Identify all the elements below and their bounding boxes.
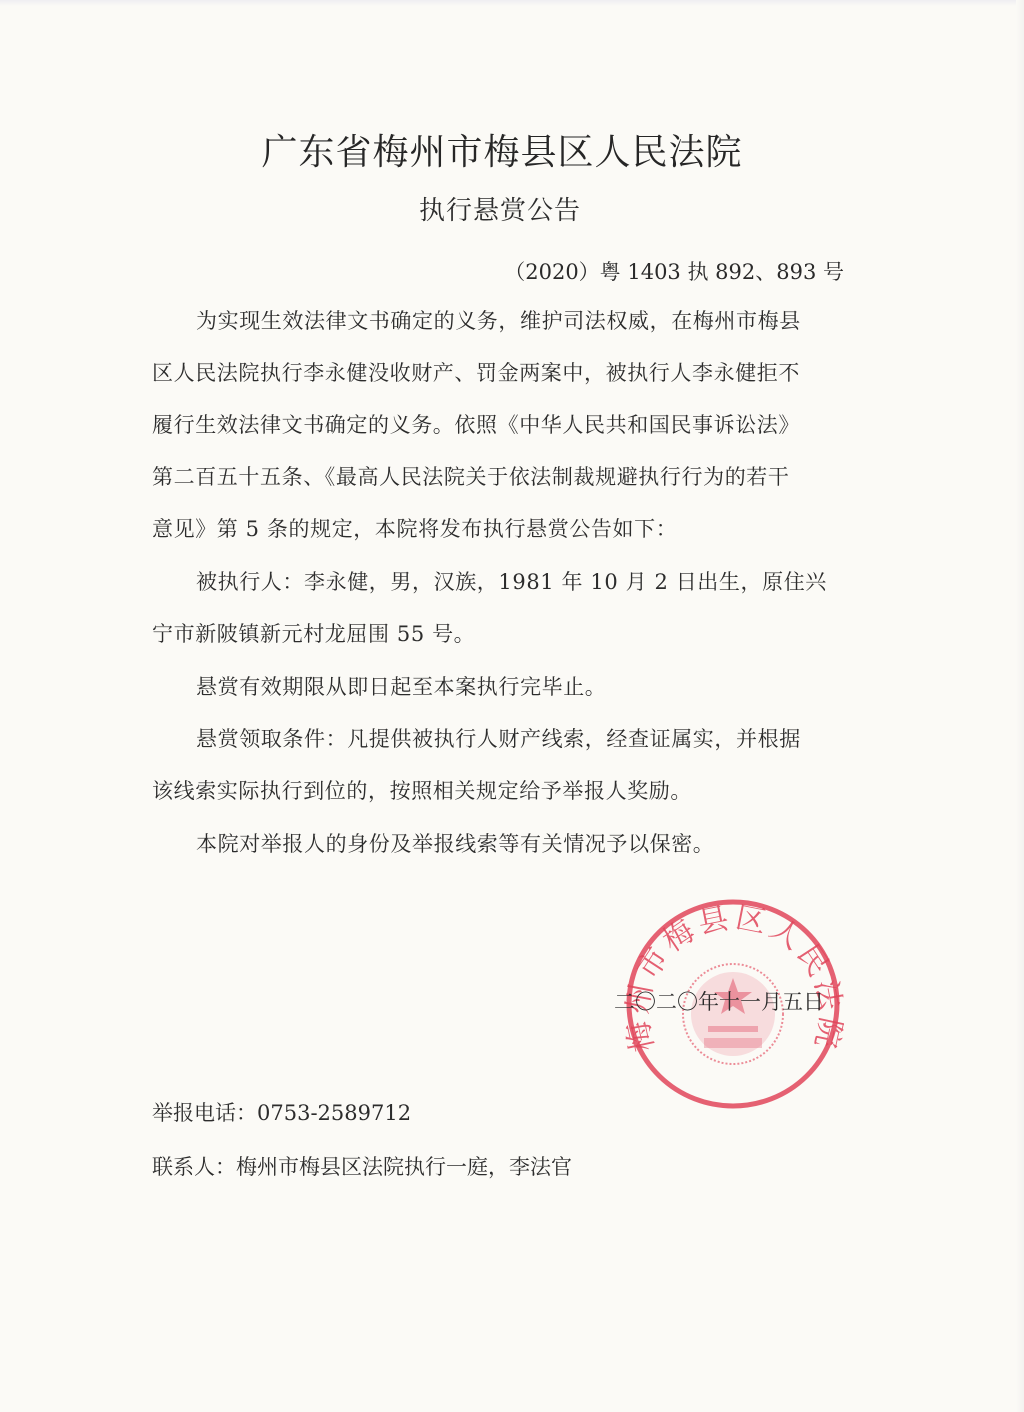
page-edge-right — [1016, 0, 1024, 1412]
page-edge-top — [0, 0, 1024, 6]
paragraph-3-line-1: 悬赏有效期限从即日起至本案执行完毕止。 — [196, 672, 896, 702]
paragraph-1-line-1: 为实现生效法律文书确定的义务，维护司法权威，在梅州市梅县 — [196, 306, 896, 336]
report-phone: 举报电话：0753-2589712 — [152, 1097, 411, 1127]
paragraph-4-line-2: 该线索实际执行到位的，按照相关规定给予举报人奖励。 — [152, 776, 852, 806]
issue-date: 二〇二〇年十一月五日 — [614, 986, 824, 1016]
document-subtitle: 执行悬赏公告 — [0, 190, 1000, 227]
paragraph-2-line-2: 宁市新陂镇新元村龙屈围 55 号。 — [152, 619, 852, 649]
paragraph-1-line-4: 第二百五十五条、《最高人民法院关于依法制裁规避执行行为的若干 — [152, 462, 852, 492]
document-title: 广东省梅州市梅县区人民法院 — [0, 124, 1004, 175]
paragraph-2-line-1: 被执行人：李永健，男，汉族，1981 年 10 月 2 日出生，原住兴 — [196, 567, 896, 597]
paragraph-1-line-2: 区人民法院执行李永健没收财产、罚金两案中，被执行人李永健拒不 — [152, 358, 852, 388]
contact-person: 联系人：梅州市梅县区法院执行一庭，李法官 — [152, 1151, 572, 1181]
paragraph-1-line-3: 履行生效法律文书确定的义务。依照《中华人民共和国民事诉讼法》 — [152, 410, 852, 440]
case-number: （2020）粤 1403 执 892、893 号 — [504, 256, 844, 286]
paragraph-5-line-1: 本院对举报人的身份及举报线索等有关情况予以保密。 — [196, 829, 896, 859]
paragraph-1-line-5: 意见》第 5 条的规定，本院将发布执行悬赏公告如下： — [152, 514, 852, 544]
paragraph-4-line-1: 悬赏领取条件：凡提供被执行人财产线索，经查证属实，并根据 — [196, 724, 896, 754]
